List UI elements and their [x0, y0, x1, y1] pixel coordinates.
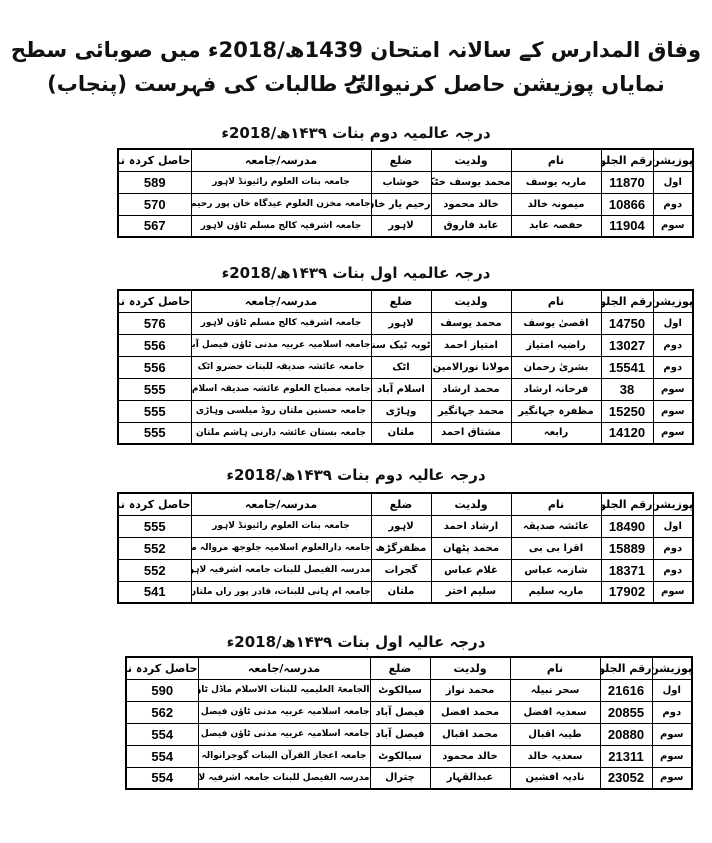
cell-madrasa: جامعہ اسلامیہ عربیہ مدنی ٹاؤن فیصل آباد: [191, 334, 371, 356]
cell-position: سوم: [652, 745, 692, 767]
cell-roll-no: 18371: [601, 559, 653, 581]
results-table: پوزیشنرقم الجلوسنامولدیتضلعمدرسہ/جامعہحا…: [117, 148, 694, 238]
table-row: اول21616سحر نبیلہمحمد نوازسیالکوٹالجامعۃ…: [126, 679, 692, 701]
cell-roll-no: 15889: [601, 537, 653, 559]
cell-marks: 555: [118, 515, 191, 537]
cell-marks: 562: [126, 701, 198, 723]
cell-father-name: امتیاز احمد: [431, 334, 511, 356]
column-header-roll-no: رقم الجلوس: [601, 290, 653, 312]
cell-marks: 570: [118, 193, 191, 215]
column-header-position: پوزیشن: [653, 290, 693, 312]
cell-father-name: محمد افضل: [430, 701, 510, 723]
cell-position: اول: [652, 679, 692, 701]
cell-father-name: محمد پٹھان: [431, 537, 511, 559]
cell-position: سوم: [652, 767, 692, 789]
cell-position: سوم: [652, 723, 692, 745]
cell-marks: 576: [118, 312, 191, 334]
cell-district: گجرات: [371, 559, 431, 581]
cell-father-name: محمد یوسف: [431, 312, 511, 334]
table-row: سوم15250مظفرہ جہانگیرمحمد جہانگیروہاڑیجا…: [118, 400, 693, 422]
cell-position: اول: [653, 312, 693, 334]
cell-district: سیالکوٹ: [370, 679, 430, 701]
results-table: پوزیشنرقم الجلوسنامولدیتضلعمدرسہ/جامعہحا…: [117, 492, 694, 604]
cell-madrasa: جامعہ دارالعلوم اسلامیہ جلوجھ مروالہ مظف…: [191, 537, 371, 559]
cell-position: دوم: [653, 537, 693, 559]
cell-position: سوم: [653, 215, 693, 237]
cell-roll-no: 17902: [601, 581, 653, 603]
cell-madrasa: جامعہ اسلامیہ عربیہ مدنی ٹاؤن فیصل آباد: [198, 723, 370, 745]
cell-roll-no: 13027: [601, 334, 653, 356]
section-heading: درجہ عالیہ اول بنات ۱۴۳۹ھ/2018ء: [0, 633, 712, 651]
cell-name: سعدیہ افضل: [510, 701, 600, 723]
cell-position: سوم: [653, 422, 693, 444]
column-header-name: نام: [511, 290, 601, 312]
cell-name: میمونہ خالد: [511, 193, 601, 215]
cell-father-name: خالد محمود: [431, 193, 511, 215]
cell-position: دوم: [653, 193, 693, 215]
table-header-row: پوزیشنرقم الجلوسنامولدیتضلعمدرسہ/جامعہحا…: [126, 657, 692, 679]
cell-name: شازمہ عباس: [511, 559, 601, 581]
cell-district: رحیم یار خان: [371, 193, 431, 215]
column-header-position: پوزیشن: [652, 657, 692, 679]
cell-father-name: خالد محمود: [430, 745, 510, 767]
table-row: سوم20880طیبہ اقبالمحمد اقبالفیصل آبادجام…: [126, 723, 692, 745]
column-header-district: ضلع: [371, 290, 431, 312]
table-row: سوم38فرحانہ ارشادمحمد ارشاداسلام آبادجام…: [118, 378, 693, 400]
cell-marks: 590: [126, 679, 198, 701]
cell-name: مظفرہ جہانگیر: [511, 400, 601, 422]
cell-name: نادیہ افشین: [510, 767, 600, 789]
cell-name: بشریٰ رحمان: [511, 356, 601, 378]
cell-roll-no: 15541: [601, 356, 653, 378]
cell-father-name: غلام عباس: [431, 559, 511, 581]
cell-madrasa: جامعہ حسنین ملتان روڈ میلسی وہاڑی: [191, 400, 371, 422]
cell-name: سحر نبیلہ: [510, 679, 600, 701]
cell-marks: 556: [118, 356, 191, 378]
cell-madrasa: جامعہ عائشہ صدیقہ للبنات حضرو اٹک: [191, 356, 371, 378]
section-heading: درجہ عالمیہ اول بنات ۱۴۳۹ھ/2018ء: [0, 264, 712, 282]
column-header-name: نام: [511, 149, 601, 171]
cell-roll-no: 21616: [600, 679, 652, 701]
cell-name: عائشہ صدیقہ: [511, 515, 601, 537]
cell-position: اول: [653, 171, 693, 193]
cell-district: وہاڑی: [371, 400, 431, 422]
cell-position: سوم: [653, 400, 693, 422]
cell-district: سیالکوٹ: [370, 745, 430, 767]
table-row: دوم13027راضیہ امتیازامتیاز احمدٹوبہ ٹیک …: [118, 334, 693, 356]
cell-district: لاہور: [371, 515, 431, 537]
cell-madrasa: جامعہ بنات العلوم رائیونڈ لاہور: [191, 171, 371, 193]
cell-roll-no: 11870: [601, 171, 653, 193]
cell-roll-no: 20880: [600, 723, 652, 745]
column-header-madrasa: مدرسہ/جامعہ: [191, 290, 371, 312]
cell-roll-no: 23052: [600, 767, 652, 789]
cell-marks: 554: [126, 767, 198, 789]
column-header-district: ضلع: [370, 657, 430, 679]
cell-position: دوم: [653, 334, 693, 356]
cell-madrasa: مدرسہ الفیصل للبنات جامعہ اشرفیہ لاہور: [198, 767, 370, 789]
cell-madrasa: جامعہ بنات العلوم رائیونڈ لاہور: [191, 515, 371, 537]
cell-name: ماریہ یوسف: [511, 171, 601, 193]
cell-roll-no: 14750: [601, 312, 653, 334]
cell-name: حفصہ عابد: [511, 215, 601, 237]
cell-madrasa: جامعہ مصباح العلوم عائشہ صدیقہ اسلام آبا…: [191, 378, 371, 400]
column-header-marks: حاصل کردہ نمبر: [118, 493, 191, 515]
cell-district: مظفرگڑھ: [371, 537, 431, 559]
cell-district: ملتان: [371, 422, 431, 444]
cell-name: اقرا بی بی: [511, 537, 601, 559]
cell-district: ٹوبہ ٹیک سنگھ: [371, 334, 431, 356]
cell-position: سوم: [653, 378, 693, 400]
cell-father-name: عابد فاروق: [431, 215, 511, 237]
table-row: سوم11904حفصہ عابدعابد فاروقلاہورجامعہ اش…: [118, 215, 693, 237]
cell-name: ماریہ سلیم: [511, 581, 601, 603]
cell-madrasa: جامعہ اسلامیہ عربیہ مدنی ٹاؤن فیصل آباد: [198, 701, 370, 723]
column-header-father-name: ولدیت: [430, 657, 510, 679]
column-header-father-name: ولدیت: [431, 149, 511, 171]
table-row: سوم23052نادیہ افشینعبدالقہارچترالمدرسہ ا…: [126, 767, 692, 789]
cell-father-name: عبدالقہار: [430, 767, 510, 789]
table-row: دوم10866میمونہ خالدخالد محمودرحیم یار خا…: [118, 193, 693, 215]
cell-marks: 552: [118, 559, 191, 581]
cell-marks: 555: [118, 400, 191, 422]
cell-father-name: محمد اقبال: [430, 723, 510, 745]
cell-father-name: محمد ارشاد: [431, 378, 511, 400]
cell-district: لاہور: [371, 215, 431, 237]
cell-name: سعدیہ خالد: [510, 745, 600, 767]
cell-marks: 555: [118, 378, 191, 400]
cell-name: اقصیٰ یوسف: [511, 312, 601, 334]
cell-madrasa: جامعہ اشرفیہ کالج مسلم ٹاؤن لاہور: [191, 312, 371, 334]
cell-position: دوم: [653, 559, 693, 581]
cell-father-name: محمد یوسف خٹک: [431, 171, 511, 193]
cell-district: فیصل آباد: [370, 701, 430, 723]
cell-district: لاہور: [371, 312, 431, 334]
cell-district: اٹک: [371, 356, 431, 378]
cell-roll-no: 10866: [601, 193, 653, 215]
cell-position: سوم: [653, 581, 693, 603]
cell-roll-no: 18490: [601, 515, 653, 537]
cell-name: طیبہ اقبال: [510, 723, 600, 745]
cell-marks: 541: [118, 581, 191, 603]
cell-father-name: محمد جہانگیر: [431, 400, 511, 422]
cell-madrasa: جامعہ اشرفیہ کالج مسلم ٹاؤن لاہور: [191, 215, 371, 237]
table-row: اول14750اقصیٰ یوسفمحمد یوسفلاہورجامعہ اش…: [118, 312, 693, 334]
cell-position: دوم: [653, 356, 693, 378]
document-title-line-2: نمایاں پوزیشن حاصل کرنیوالی طالبات کی فہ…: [0, 72, 712, 96]
column-header-madrasa: مدرسہ/جامعہ: [191, 149, 371, 171]
column-header-roll-no: رقم الجلوس: [601, 149, 653, 171]
cell-marks: 589: [118, 171, 191, 193]
column-header-district: ضلع: [371, 493, 431, 515]
table-header-row: پوزیشنرقم الجلوسنامولدیتضلعمدرسہ/جامعہحا…: [118, 290, 693, 312]
cell-position: دوم: [652, 701, 692, 723]
cell-district: اسلام آباد: [371, 378, 431, 400]
cell-roll-no: 14120: [601, 422, 653, 444]
table-row: دوم15541بشریٰ رحمانمولانا نورالامیناٹکجا…: [118, 356, 693, 378]
cell-father-name: مولانا نورالامین: [431, 356, 511, 378]
results-table: پوزیشنرقم الجلوسنامولدیتضلعمدرسہ/جامعہحا…: [117, 289, 694, 445]
column-header-marks: حاصل کردہ نمبر: [118, 149, 191, 171]
column-header-position: پوزیشن: [653, 149, 693, 171]
results-table: پوزیشنرقم الجلوسنامولدیتضلعمدرسہ/جامعہحا…: [125, 656, 693, 790]
cell-roll-no: 11904: [601, 215, 653, 237]
column-header-marks: حاصل کردہ نمبر: [118, 290, 191, 312]
table-row: دوم15889اقرا بی بیمحمد پٹھانمظفرگڑھجامعہ…: [118, 537, 693, 559]
column-header-roll-no: رقم الجلوس: [601, 493, 653, 515]
column-header-name: نام: [511, 493, 601, 515]
cell-roll-no: 20855: [600, 701, 652, 723]
cell-madrasa: جامعہ مخزن العلوم عیدگاہ خان پور رحیم یا…: [191, 193, 371, 215]
table-header-row: پوزیشنرقم الجلوسنامولدیتضلعمدرسہ/جامعہحا…: [118, 493, 693, 515]
cell-marks: 567: [118, 215, 191, 237]
cell-marks: 555: [118, 422, 191, 444]
cell-father-name: ارشاد احمد: [431, 515, 511, 537]
column-header-madrasa: مدرسہ/جامعہ: [198, 657, 370, 679]
cell-district: چترال: [370, 767, 430, 789]
cell-father-name: مشتاق احمد: [431, 422, 511, 444]
column-header-father-name: ولدیت: [431, 290, 511, 312]
cell-district: فیصل آباد: [370, 723, 430, 745]
table-row: دوم18371شازمہ عباسغلام عباسگجراتمدرسہ ال…: [118, 559, 693, 581]
table-row: اول11870ماریہ یوسفمحمد یوسف خٹکخوشابجامع…: [118, 171, 693, 193]
cell-madrasa: الجامعۃ العلیمیہ للبنات الاسلام ماڈل ٹاؤ…: [198, 679, 370, 701]
cell-madrasa: جامعہ اعجاز القرآن البنات گوجرانوالہ: [198, 745, 370, 767]
cell-name: راضیہ امتیاز: [511, 334, 601, 356]
cell-marks: 552: [118, 537, 191, 559]
cell-roll-no: 21311: [600, 745, 652, 767]
column-header-father-name: ولدیت: [431, 493, 511, 515]
cell-district: خوشاب: [371, 171, 431, 193]
cell-madrasa: مدرسہ الفیصل للبنات جامعہ اشرفیہ لاہور: [191, 559, 371, 581]
column-header-position: پوزیشن: [653, 493, 693, 515]
column-header-marks: حاصل کردہ نمبر: [126, 657, 198, 679]
column-header-name: نام: [510, 657, 600, 679]
table-row: سوم21311سعدیہ خالدخالد محمودسیالکوٹجامعہ…: [126, 745, 692, 767]
section-heading: درجہ عالمیہ دوم بنات ۱۴۳۹ھ/2018ء: [0, 124, 712, 142]
cell-roll-no: 15250: [601, 400, 653, 422]
cell-marks: 556: [118, 334, 191, 356]
column-header-district: ضلع: [371, 149, 431, 171]
cell-marks: 554: [126, 723, 198, 745]
table-row: دوم20855سعدیہ افضلمحمد افضلفیصل آبادجامع…: [126, 701, 692, 723]
column-header-madrasa: مدرسہ/جامعہ: [191, 493, 371, 515]
cell-roll-no: 38: [601, 378, 653, 400]
cell-madrasa: جامعہ ام ہانی للبنات، قادر پور راں ملتان: [191, 581, 371, 603]
section-heading: درجہ عالیہ دوم بنات ۱۴۳۹ھ/2018ء: [0, 466, 712, 484]
column-header-roll-no: رقم الجلوس: [600, 657, 652, 679]
cell-name: رابعہ: [511, 422, 601, 444]
cell-father-name: سلیم اختر: [431, 581, 511, 603]
cell-madrasa: جامعہ بستان عائشہ دارنی ہاشم ملتان: [191, 422, 371, 444]
cell-marks: 554: [126, 745, 198, 767]
table-row: اول18490عائشہ صدیقہارشاد احمدلاہورجامعہ …: [118, 515, 693, 537]
table-row: سوم14120رابعہمشتاق احمدملتانجامعہ بستان …: [118, 422, 693, 444]
cell-father-name: محمد نواز: [430, 679, 510, 701]
table-header-row: پوزیشنرقم الجلوسنامولدیتضلعمدرسہ/جامعہحا…: [118, 149, 693, 171]
cell-position: اول: [653, 515, 693, 537]
cell-district: ملتان: [371, 581, 431, 603]
cell-name: فرحانہ ارشاد: [511, 378, 601, 400]
table-row: سوم17902ماریہ سلیمسلیم اخترملتانجامعہ ام…: [118, 581, 693, 603]
